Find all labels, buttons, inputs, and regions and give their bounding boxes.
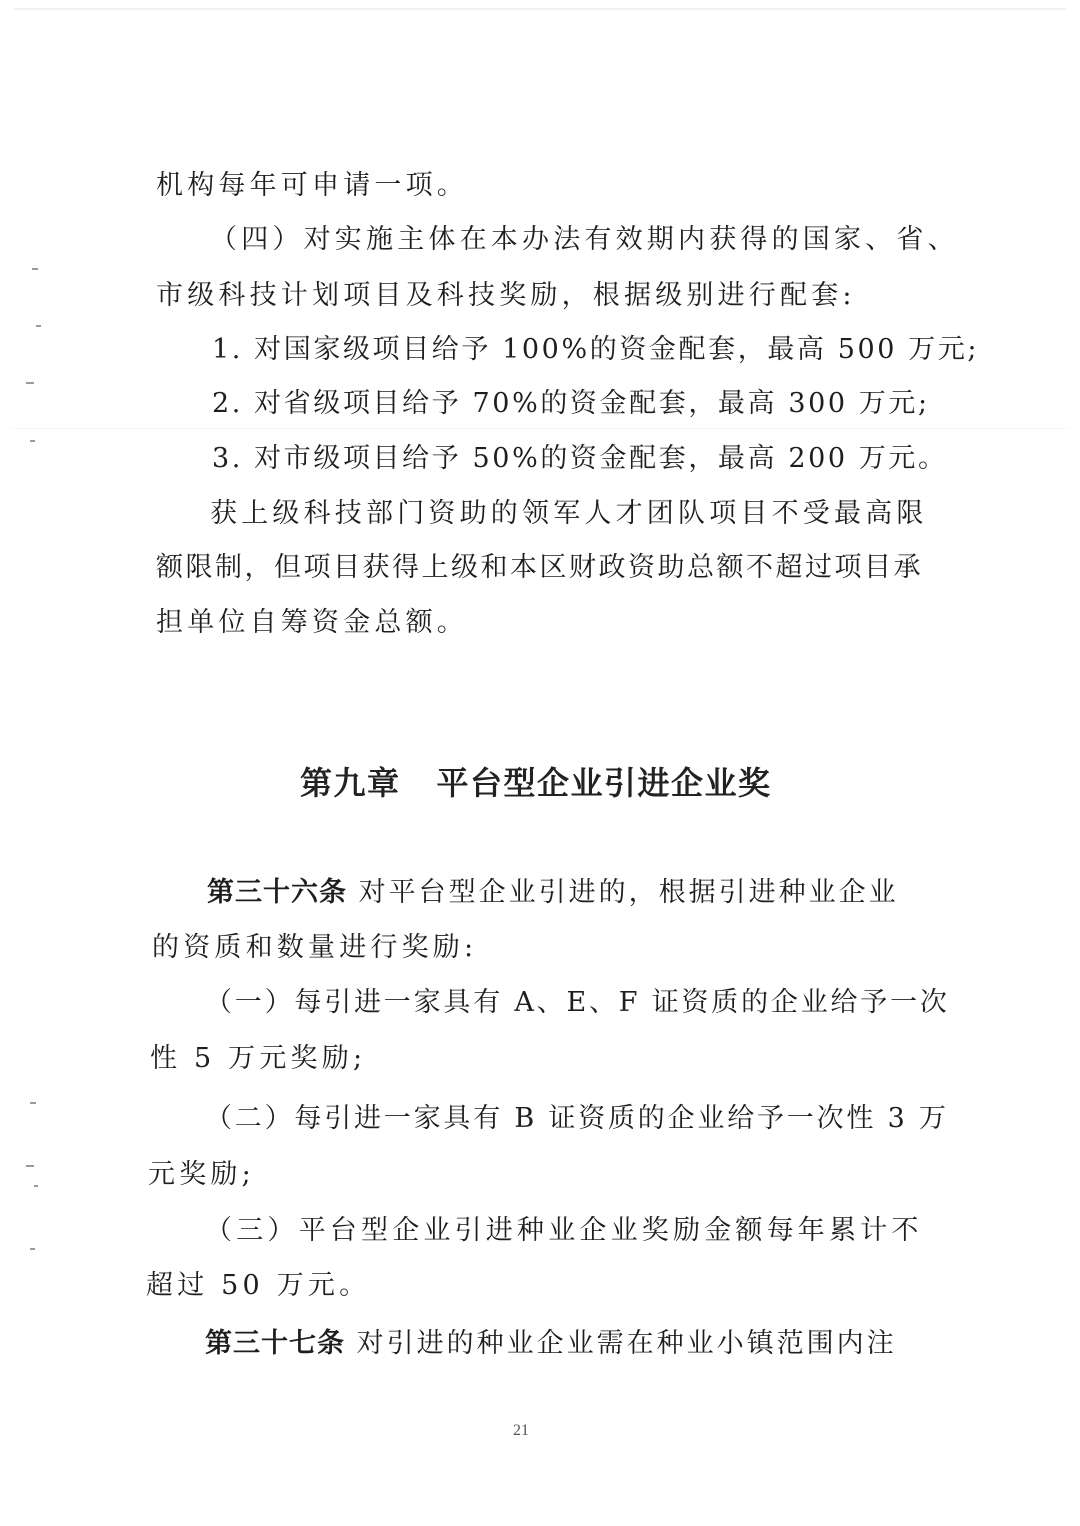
margin-speck <box>34 1185 38 1187</box>
body-text-line: 机构每年可申请一项。 <box>156 168 468 204</box>
article-36-item-1: （一）每引进一家具有 A、E、F 证资质的企业给予一次 <box>205 985 950 1021</box>
article-36-item-2-cont: 元奖励; <box>148 1157 255 1193</box>
article-text: 对平台型企业引进的，根据引进种业企业 <box>347 877 899 908</box>
article-37: 第三十七条 对引进的种业企业需在种业小镇范围内注 <box>205 1326 897 1362</box>
body-text-line: 获上级科技部门资助的领军人才团队项目不受最高限 <box>210 496 928 532</box>
margin-speck <box>36 325 41 327</box>
body-text-line: 额限制，但项目获得上级和本区财政资助总额不超过项目承 <box>156 550 923 586</box>
article-label: 第三十七条 <box>205 1328 345 1359</box>
margin-speck <box>30 440 35 442</box>
list-item-municipal: 3. 对市级项目给予 50%的资金配套，最高 200 万元。 <box>212 441 948 477</box>
margin-speck <box>26 1165 34 1167</box>
article-36: 第三十六条 对平台型企业引进的，根据引进种业企业 <box>207 875 899 911</box>
chapter-title: 平台型企业引进企业奖 <box>437 764 772 802</box>
article-36-item-1-cont: 性 5 万元奖励; <box>150 1041 366 1077</box>
list-item-national: 1. 对国家级项目给予 100%的资金配套，最高 500 万元; <box>212 332 979 368</box>
margin-speck <box>26 382 34 384</box>
page-top-edge <box>14 8 1066 10</box>
article-label: 第三十六条 <box>207 877 347 908</box>
margin-speck <box>30 1102 36 1104</box>
article-36-item-3: （三）平台型企业引进种业企业奖励金额每年累计不 <box>205 1213 923 1249</box>
page-number: 21 <box>513 1422 529 1440</box>
body-text-line: 的资质和数量进行奖励: <box>152 930 477 966</box>
scan-fold-line <box>10 428 1070 429</box>
chapter-heading: 第九章平台型企业引进企业奖 <box>300 758 772 804</box>
chapter-number: 第九章 <box>300 764 401 802</box>
body-text-line: 担单位自筹资金总额。 <box>156 605 468 641</box>
body-text-line: 市级科技计划项目及科技奖励，根据级别进行配套: <box>156 278 856 314</box>
margin-speck <box>32 268 38 270</box>
article-36-item-3-cont: 超过 50 万元。 <box>146 1268 370 1304</box>
list-item-provincial: 2. 对省级项目给予 70%的资金配套，最高 300 万元; <box>212 386 930 422</box>
body-text-line: （四）对实施主体在本办法有效期内获得的国家、省、 <box>210 222 959 258</box>
article-text: 对引进的种业企业需在种业小镇范围内注 <box>345 1328 897 1359</box>
article-36-item-2: （二）每引进一家具有 B 证资质的企业给予一次性 3 万 <box>205 1101 949 1137</box>
margin-speck <box>30 1248 35 1250</box>
